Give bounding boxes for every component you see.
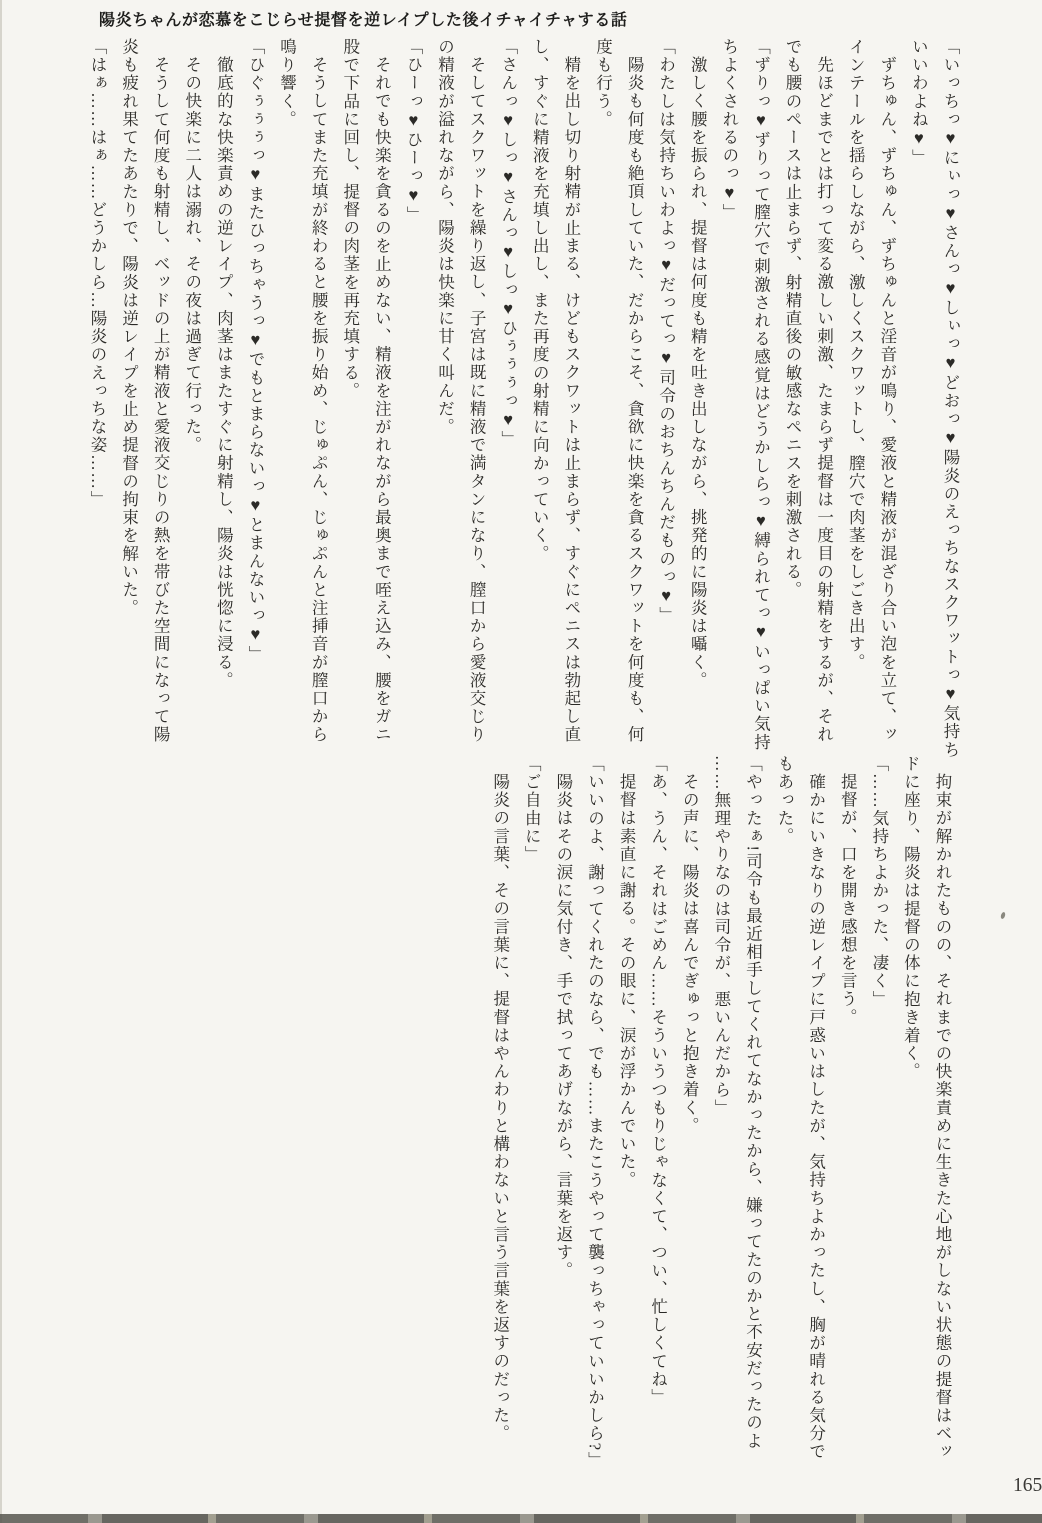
text-line: 「わたしは気持ちいわよっ♥だってっ♥司令のおちんちんだものっ♥」 — [650, 38, 682, 752]
text-line: 陽炎も何度も絶頂していた、だからこそ、貪欲に快楽を貪るスクワットを何度も、何 — [618, 38, 650, 752]
text-line: 「やったぁ!司令も最近相手してくれてなかったから、嫌ってたのかと不安だったのよ — [737, 755, 769, 1471]
text-line: そうして何度も射精し、ベッドの上が精液と愛液交じりの熱を帯びた空間になって陽 — [145, 38, 177, 752]
text-line: 陽炎の言葉、その言葉に、提督はやんわりと構わないと言う言葉を返すのだった。 — [484, 755, 516, 1471]
text-line: 「あ、うん、それはごめん……そういうつもりじゃなくて、つい、忙しくてね」 — [642, 755, 674, 1471]
text-line: 拘束が解かれたものの、それまでの快楽責めに生きた心地がしない状態の提督はベッ — [926, 755, 958, 1471]
scanned-page: 陽炎ちゃんが恋慕をこじらせ提督を逆レイプした後イチャイチャする話 「いっちっ♥に… — [0, 0, 1042, 1523]
scan-edge-left — [0, 0, 2, 1523]
text-line: 度も行う。 — [587, 38, 619, 752]
text-line: 陽炎はその涙に気付き、手で拭ってあげながら、言葉を返す。 — [547, 755, 579, 1471]
text-line: その快楽に二人は溺れ、その夜は過ぎて行った。 — [176, 38, 208, 752]
text-line: 提督は素直に謝る。その眼に、涙が浮かんでいた。 — [610, 755, 642, 1471]
story-text-top-block: 「いっちっ♥にぃっ♥さんっ♥しぃっ♥どおっ♥陽炎のえっちなスクワットっ♥気持ちい… — [81, 38, 966, 752]
text-line: 激しく腰を振られ、提督は何度も精を吐き出しながら、挑発的に陽炎は囁く。 — [682, 38, 714, 752]
text-line: ちよくされるのっ♥」 — [713, 38, 745, 752]
text-line: 「……気持ちよかった、凄く」 — [863, 755, 895, 1471]
text-line: いいわよね♥」 — [903, 38, 935, 752]
text-line: 股で下品に回し、提督の肉茎を再充填する。 — [334, 38, 366, 752]
text-line: 徹底的な快楽責めの逆レイプ、肉茎はまたすぐに射精し、陽炎は恍惚に浸る。 — [208, 38, 240, 752]
text-line: でも腰のペースは止まらず、射精直後の敏感なペニスを刺激される。 — [776, 38, 808, 752]
text-line: それでも快楽を貪るのを止めない、精液を注がれながら最奥まで咥え込み、腰をガニ — [366, 38, 398, 752]
text-line: 「ひーっ♥ひーっ♥」 — [397, 38, 429, 752]
text-line: インテールを揺らしながら、激しくスクワットし、膣穴で肉茎をしごき出す。 — [840, 38, 872, 752]
text-line: 「ひぐぅぅぅっ♥またひっちゃうっ♥でもとまらないっ♥とまんないっ♥」 — [239, 38, 271, 752]
text-line: もあった。 — [768, 755, 800, 1471]
text-line: その声に、陽炎は喜んでぎゅっと抱き着く。 — [674, 755, 706, 1471]
text-line: 精を出し切り射精が止まる、けどもスクワットは止まらず、すぐにペニスは勃起し直 — [555, 38, 587, 752]
text-line: 提督が、口を開き感想を言う。 — [832, 755, 864, 1471]
text-line: し、すぐに精液を充填し出し、また再度の射精に向かっていく。 — [524, 38, 556, 752]
text-line: そしてスクワットを繰り返し、子宮は既に精液で満タンになり、膣口から愛液交じり — [461, 38, 493, 752]
page-number: 165 — [1013, 1475, 1042, 1497]
text-line: そうしてまた充填が終わると腰を振り始め、じゅぷん、じゅぷんと注挿音が膣口から — [303, 38, 335, 752]
scan-speck — [1000, 912, 1006, 920]
text-line: 「ご自由に」 — [516, 755, 548, 1471]
text-line: ドに座り、陽炎は提督の体に抱き着く。 — [895, 755, 927, 1471]
text-line: 「いいのよ、謝ってくれたのなら、でも……またこうやって襲っちゃっていいかしら?」 — [579, 755, 611, 1471]
text-line: 「さんっ♥しっ♥さんっ♥しっ♥ひぅぅぅっ♥」 — [492, 38, 524, 752]
scan-edge-artifact — [0, 1514, 1042, 1523]
text-line: 確かにいきなりの逆レイプに戸惑いはしたが、気持ちよかったし、胸が晴れる気分で — [800, 755, 832, 1471]
text-line: の精液が溢れながら、陽炎は快楽に甘く叫んだ。 — [429, 38, 461, 752]
text-line: 炎も疲れ果てたあたりで、陽炎は逆レイプを止め提督の拘束を解いた。 — [113, 38, 145, 752]
story-text-bottom-block: 拘束が解かれたものの、それまでの快楽責めに生きた心地がしない状態の提督はベッドに… — [484, 755, 958, 1471]
text-line: 「いっちっ♥にぃっ♥さんっ♥しぃっ♥どおっ♥陽炎のえっちなスクワットっ♥気持ち — [934, 38, 966, 752]
text-line: 鳴り響く。 — [271, 38, 303, 752]
text-line: ……無理やりなのは司令が、悪いんだから」 — [705, 755, 737, 1471]
text-line: 「ずりっ♥ずりって膣穴で刺激される感覚はどうかしらっ♥縛られてっ♥いっぱい気持 — [745, 38, 777, 752]
text-line: 「はぁ……はぁ……どうかしら…陽炎のえっちな姿……」 — [81, 38, 113, 752]
text-line: 先ほどまでとは打って変る激しい刺激、たまらず提督は一度目の射精をするが、それ — [808, 38, 840, 752]
text-line: ずちゅん、ずちゅん、ずちゅんと淫音が鳴り、愛液と精液が混ざり合い泡を立て、ッ — [871, 38, 903, 752]
page-title: 陽炎ちゃんが恋慕をこじらせ提督を逆レイプした後イチャイチャする話 — [99, 7, 627, 30]
